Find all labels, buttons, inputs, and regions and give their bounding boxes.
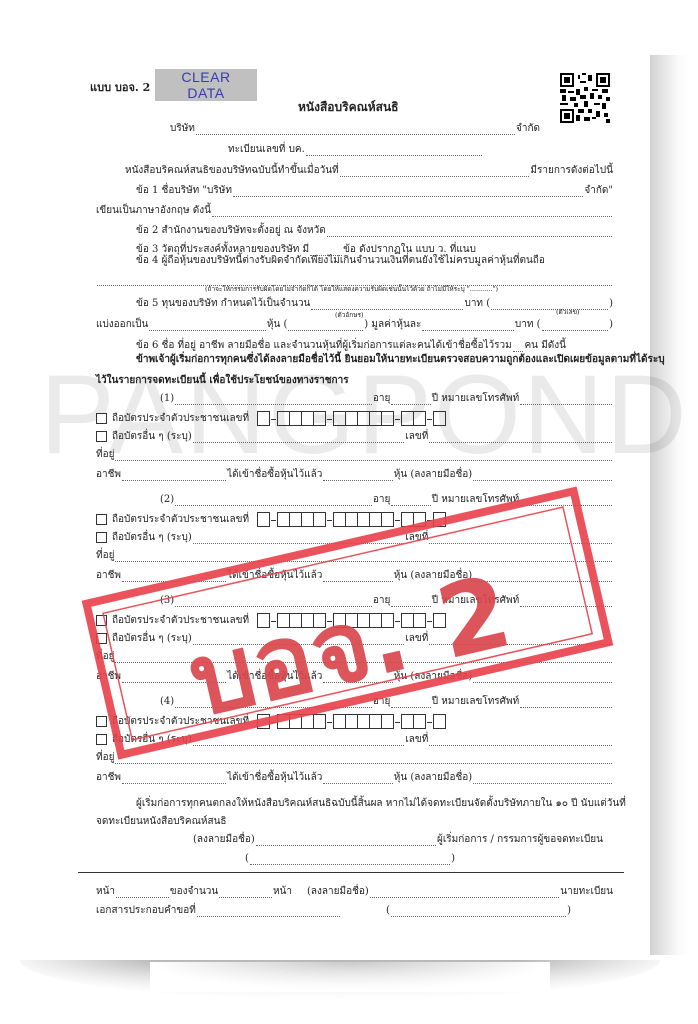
id-separator xyxy=(395,722,400,723)
id-separator xyxy=(395,419,400,420)
id-digit-box[interactable] xyxy=(413,411,426,426)
id-digit-box[interactable] xyxy=(313,613,326,628)
id-card-row: ถือบัตรประจำตัวประชาชนเลขที่ xyxy=(96,714,456,729)
footer-of-total: ของจำนวน xyxy=(170,885,219,898)
card-number-label: เลขที่ xyxy=(405,430,428,443)
shares-sign-label: หุ้น (ลงลายมือชื่อ) xyxy=(394,670,472,683)
other-card-row: ถือบัตรอื่น ๆ (ระบุ) เลขที่ xyxy=(96,531,613,544)
other-card-type-field[interactable] xyxy=(193,735,405,746)
other-card-number-field[interactable] xyxy=(429,533,612,544)
id-digit-box[interactable] xyxy=(381,411,394,426)
shares-subscribed-field[interactable] xyxy=(323,470,392,481)
age-field[interactable] xyxy=(391,394,430,405)
id-digit-box[interactable] xyxy=(257,411,270,426)
card-number-label: เลขที่ xyxy=(405,531,428,544)
closing-sign-row: (ลงลายมือชื่อ) ผู้เริ่มก่อการ / กรรมการผ… xyxy=(193,833,603,846)
clause-6-row: ข้อ 6 ชื่อ ที่อยู่ อาชีพ ลายมือชื่อ และจ… xyxy=(136,339,566,352)
id-separator xyxy=(271,722,276,723)
id-digit-box[interactable] xyxy=(257,714,270,729)
shares-count-field[interactable] xyxy=(149,320,266,331)
other-card-type-field[interactable] xyxy=(193,432,405,443)
age-field[interactable] xyxy=(391,495,430,506)
capital-amount-field[interactable] xyxy=(311,299,463,310)
footer-sign-label: (ลงลายมือชื่อ) xyxy=(307,885,369,898)
clause-6-prefix: ข้อ 6 ชื่อ ที่อยู่ อาชีพ ลายมือชื่อ และจ… xyxy=(136,339,512,352)
id-card-row: ถือบัตรประจำตัวประชาชนเลขที่ xyxy=(96,613,456,628)
other-card-label: ถือบัตรอื่น ๆ (ระบุ) xyxy=(112,733,192,746)
id-separator xyxy=(327,419,332,420)
declaration-line-1: ข้าพเจ้าผู้เริ่มก่อการทุกคนซึ่งได้ลงลายม… xyxy=(136,353,665,367)
id-digit-box[interactable] xyxy=(433,411,446,426)
address-field[interactable] xyxy=(115,753,612,764)
id-separator xyxy=(271,419,276,420)
footer-divider xyxy=(78,872,624,873)
clause-1-row: ข้อ 1 ชื่อบริษัท "บริษัท จำกัด" xyxy=(136,184,613,197)
footer-page-row: หน้า ของจำนวน หน้า xyxy=(96,885,292,898)
shares-sign-label: หุ้น (ลงลายมือชื่อ) xyxy=(394,468,472,481)
age-field[interactable] xyxy=(391,596,430,607)
occupation-label: อาชีพ xyxy=(96,468,121,481)
footer-registrar-name-row: ( ) xyxy=(386,904,571,917)
occupation-row: อาชีพ ได้เข้าชื่อซื้อหุ้นไว้แล้ว หุ้น (ล… xyxy=(96,569,613,582)
shares-label: หุ้น ( xyxy=(267,318,288,331)
address-row: ที่อยู่ xyxy=(96,650,613,663)
clause-1-english-label: เขียนเป็นภาษาอังกฤษ ดังนี้ xyxy=(96,204,211,217)
card-number-label: เลขที่ xyxy=(405,733,428,746)
registration-row: ทะเบียนเลขที่ บค. xyxy=(228,143,483,156)
id-digit-box[interactable] xyxy=(433,714,446,729)
phone-label: ปี หมายเลขโทรศัพท์ xyxy=(432,695,519,708)
clause-2-label: ข้อ 2 สำนักงานของบริษัทจะตั้งอยู่ ณ จังห… xyxy=(136,224,326,237)
other-card-number-field[interactable] xyxy=(429,634,612,645)
card-number-label: เลขที่ xyxy=(405,632,428,645)
promoter-name-row: (2) อายุ ปี หมายเลขโทรศัพท์ xyxy=(160,493,613,506)
clause-5-baht: บาท ( xyxy=(464,297,490,310)
id-separator xyxy=(395,520,400,521)
shares-sign-label: หุ้น (ลงลายมือชื่อ) xyxy=(394,569,472,582)
id-number-boxes[interactable] xyxy=(257,512,445,527)
occupation-row: อาชีพ ได้เข้าชื่อซื้อหุ้นไว้แล้ว หุ้น (ล… xyxy=(96,468,613,481)
promoter-name-row: (3) อายุ ปี หมายเลขโทรศัพท์ xyxy=(160,594,613,607)
registrar-name-field[interactable] xyxy=(391,906,566,917)
footer-attachment-label: เอกสารประกอบคำขอที่ xyxy=(96,904,196,917)
id-digit-box[interactable] xyxy=(413,512,426,527)
occupation-field[interactable] xyxy=(122,571,226,582)
phone-label: ปี หมายเลขโทรศัพท์ xyxy=(432,493,519,506)
id-card-checkbox[interactable] xyxy=(96,413,107,424)
subscribed-label: ได้เข้าชื่อซื้อหุ้นไว้แล้ว xyxy=(227,670,322,683)
id-card-checkbox[interactable] xyxy=(96,615,107,626)
id-separator xyxy=(327,520,332,521)
label-digits: (ตัวเลข) xyxy=(556,307,580,317)
shares-prefix: แบ่งออกเป็น xyxy=(96,318,148,331)
clause-4-text: ข้อ 4 ผู้ถือหุ้นของบริษัทนี้ต่างรับผิดจำ… xyxy=(136,254,545,268)
phone-field[interactable] xyxy=(520,495,612,506)
promoter-name-row: (1) อายุ ปี หมายเลขโทรศัพท์ xyxy=(160,392,613,405)
promoter-name-field[interactable] xyxy=(175,495,372,506)
registration-number-field[interactable] xyxy=(306,145,482,156)
id-separator xyxy=(427,520,432,521)
address-field[interactable] xyxy=(115,551,612,562)
age-field[interactable] xyxy=(391,697,430,708)
footer-attachment-row: เอกสารประกอบคำขอที่ xyxy=(96,904,341,917)
subscribed-label: ได้เข้าชื่อซื้อหุ้นไว้แล้ว xyxy=(227,468,322,481)
address-label: ที่อยู่ xyxy=(96,448,114,461)
promoter-index: (3) xyxy=(160,594,174,607)
subscribed-label: ได้เข้าชื่อซื้อหุ้นไว้แล้ว xyxy=(227,771,322,784)
id-separator xyxy=(427,722,432,723)
promoter-name-field[interactable] xyxy=(175,697,372,708)
clause-5-close: ) xyxy=(609,297,613,310)
id-digit-box[interactable] xyxy=(381,613,394,628)
id-number-boxes[interactable] xyxy=(257,613,445,628)
clause-5-prefix: ข้อ 5 ทุนของบริษัท กำหนดไว้เป็นจำนวน xyxy=(136,297,310,310)
share-value-baht: บาท ( xyxy=(515,318,541,331)
id-number-boxes[interactable] xyxy=(257,714,445,729)
id-separator xyxy=(427,419,432,420)
phone-label: ปี หมายเลขโทรศัพท์ xyxy=(432,594,519,607)
share-value-letters-field[interactable] xyxy=(542,320,609,331)
other-card-row: ถือบัตรอื่น ๆ (ระบุ) เลขที่ xyxy=(96,430,613,443)
id-digit-box[interactable] xyxy=(381,714,394,729)
intro-prefix: หนังสือบริคณห์สนธิของบริษัทฉบับนี้ทำขึ้น… xyxy=(125,164,339,177)
id-card-checkbox[interactable] xyxy=(96,514,107,525)
id-digit-box[interactable] xyxy=(313,714,326,729)
id-separator xyxy=(395,621,400,622)
promoter-index: (2) xyxy=(160,493,174,506)
phone-label: ปี หมายเลขโทรศัพท์ xyxy=(432,392,519,405)
company-name-row: บริษัท จำกัด xyxy=(170,122,540,135)
address-field[interactable] xyxy=(115,652,612,663)
footer-pages: หน้า xyxy=(273,885,292,898)
shares-subscribed-field[interactable] xyxy=(323,773,392,784)
id-digit-box[interactable] xyxy=(413,714,426,729)
id-separator xyxy=(427,621,432,622)
clause-5-row: ข้อ 5 ทุนของบริษัท กำหนดไว้เป็นจำนวน บาท… xyxy=(136,297,613,310)
id-digit-box[interactable] xyxy=(433,613,446,628)
promoter-name-field[interactable] xyxy=(175,394,372,405)
closing-sign-role: ผู้เริ่มก่อการ / กรรมการผู้ขอจดทะเบียน xyxy=(437,833,603,846)
shares-sign-label: หุ้น (ลงลายมือชื่อ) xyxy=(394,771,472,784)
clause-1-suffix: จำกัด" xyxy=(584,184,613,197)
id-card-label: ถือบัตรประจำตัวประชาชนเลขที่ xyxy=(112,513,249,526)
paren-close: ) xyxy=(451,852,455,865)
id-separator xyxy=(327,621,332,622)
registration-label: ทะเบียนเลขที่ บค. xyxy=(228,143,305,156)
phone-field[interactable] xyxy=(520,697,612,708)
other-card-type-field[interactable] xyxy=(193,634,405,645)
occupation-row: อาชีพ ได้เข้าชื่อซื้อหุ้นไว้แล้ว หุ้น (ล… xyxy=(96,771,613,784)
id-card-label: ถือบัตรประจำตัวประชาชนเลขที่ xyxy=(112,412,249,425)
company-name-field[interactable] xyxy=(196,124,515,135)
phone-field[interactable] xyxy=(520,394,612,405)
shadow-highlight xyxy=(150,962,550,992)
total-pages-field[interactable] xyxy=(219,887,272,898)
age-label: อายุ xyxy=(373,594,390,607)
paren-open: ( xyxy=(386,904,390,917)
id-separator xyxy=(271,520,276,521)
qr-code-icon xyxy=(560,73,610,123)
company-label: บริษัท xyxy=(170,122,195,135)
footer-registrar-label: นายทะเบียน xyxy=(560,885,613,898)
footer-page-label: หน้า xyxy=(96,885,115,898)
age-label: อายุ xyxy=(373,695,390,708)
other-card-label: ถือบัตรอื่น ๆ (ระบุ) xyxy=(112,632,192,645)
intro-row: หนังสือบริคณห์สนธิของบริษัทฉบับนี้ทำขึ้น… xyxy=(125,164,613,177)
company-suffix: จำกัด xyxy=(516,122,540,135)
id-separator xyxy=(327,722,332,723)
other-card-checkbox[interactable] xyxy=(96,532,107,543)
promoter-name-field[interactable] xyxy=(175,596,372,607)
share-value-field[interactable] xyxy=(422,320,514,331)
occupation-label: อาชีพ xyxy=(96,771,121,784)
closing-text-2: จดทะเบียนหนังสือบริคณห์สนธิ xyxy=(96,815,227,829)
id-digit-box[interactable] xyxy=(433,512,446,527)
address-field[interactable] xyxy=(115,450,612,461)
other-card-checkbox[interactable] xyxy=(96,431,107,442)
promoter-signature-field[interactable] xyxy=(473,672,612,683)
id-separator xyxy=(271,621,276,622)
share-value-close: ) xyxy=(609,318,613,331)
other-card-row: ถือบัตรอื่น ๆ (ระบุ) เลขที่ xyxy=(96,733,613,746)
footer-registrar-row: (ลงลายมือชื่อ) นายทะเบียน xyxy=(307,885,613,898)
id-digit-box[interactable] xyxy=(313,411,326,426)
clause-5-shares-row: แบ่งออกเป็น หุ้น ( ) มูลค่าหุ้นละ บาท ( … xyxy=(96,318,613,331)
province-field[interactable] xyxy=(327,226,612,237)
id-number-boxes[interactable] xyxy=(257,411,445,426)
occupation-row: อาชีพ ได้เข้าชื่อซื้อหุ้นไว้แล้ว หุ้น (ล… xyxy=(96,670,613,683)
address-row: ที่อยู่ xyxy=(96,549,613,562)
intro-suffix: มีรายการดังต่อไปนี้ xyxy=(530,164,613,177)
company-name-english-field[interactable] xyxy=(212,206,612,217)
promoter-count-field[interactable] xyxy=(513,341,524,352)
id-card-label: ถือบัตรประจำตัวประชาชนเลขที่ xyxy=(112,614,249,627)
closing-sign-label: (ลงลายมือชื่อ) xyxy=(193,833,255,846)
other-card-label: ถือบัตรอื่น ๆ (ระบุ) xyxy=(112,430,192,443)
id-digit-box[interactable] xyxy=(413,613,426,628)
id-card-row: ถือบัตรประจำตัวประชาชนเลขที่ xyxy=(96,411,456,426)
promoter-index: (1) xyxy=(160,392,174,405)
shares-subscribed-field[interactable] xyxy=(323,672,392,683)
closing-name-row: ( ) xyxy=(245,852,455,865)
id-digit-box[interactable] xyxy=(381,512,394,527)
occupation-field[interactable] xyxy=(122,773,226,784)
occupation-label: อาชีพ xyxy=(96,569,121,582)
address-label: ที่อยู่ xyxy=(96,751,114,764)
id-card-label: ถือบัตรประจำตัวประชาชนเลขที่ xyxy=(112,715,249,728)
address-row: ที่อยู่ xyxy=(96,448,613,461)
other-card-number-field[interactable] xyxy=(429,432,612,443)
promoter-signature-field[interactable] xyxy=(256,835,436,846)
clear-data-button[interactable]: CLEAR DATA xyxy=(155,69,257,101)
id-card-checkbox[interactable] xyxy=(96,716,107,727)
clause-4-note: (ถ้าจะให้กรรมการรับผิดโดยไม่จำกัดก็ได้ โ… xyxy=(205,284,498,294)
id-digit-box[interactable] xyxy=(257,512,270,527)
attachment-field[interactable] xyxy=(197,906,340,917)
form-code: แบบ บอจ. 2 xyxy=(90,78,150,96)
address-label: ที่อยู่ xyxy=(96,549,114,562)
other-card-label: ถือบัตรอื่น ๆ (ระบุ) xyxy=(112,531,192,544)
other-card-type-field[interactable] xyxy=(193,533,405,544)
shares-subscribed-field[interactable] xyxy=(323,571,392,582)
promoter-signature-field[interactable] xyxy=(473,470,612,481)
other-card-row: ถือบัตรอื่น ๆ (ระบุ) เลขที่ xyxy=(96,632,613,645)
subscribed-label: ได้เข้าชื่อซื้อหุ้นไว้แล้ว xyxy=(227,569,322,582)
paren-open: ( xyxy=(245,852,249,865)
occupation-field[interactable] xyxy=(122,470,226,481)
id-digit-box[interactable] xyxy=(257,613,270,628)
company-name-thai-field[interactable] xyxy=(233,186,583,197)
occupation-field[interactable] xyxy=(122,672,226,683)
promoter-index: (4) xyxy=(160,695,174,708)
clause-1-label: ข้อ 1 ชื่อบริษัท "บริษัท xyxy=(136,184,232,197)
phone-field[interactable] xyxy=(520,596,612,607)
promoter-signature-field[interactable] xyxy=(473,773,612,784)
promoter-printed-name-field[interactable] xyxy=(250,854,450,865)
promoter-name-row: (4) อายุ ปี หมายเลขโทรศัพท์ xyxy=(160,695,613,708)
occupation-label: อาชีพ xyxy=(96,670,121,683)
clause-2-row: ข้อ 2 สำนักงานของบริษัทจะตั้งอยู่ ณ จังห… xyxy=(136,224,613,237)
other-card-checkbox[interactable] xyxy=(96,633,107,644)
age-label: อายุ xyxy=(373,392,390,405)
declaration-line-2: ไว้ในรายการจดทะเบียนนี้ เพื่อใช้ประโยชน์… xyxy=(96,374,349,388)
page-number-field[interactable] xyxy=(116,887,169,898)
address-row: ที่อยู่ xyxy=(96,751,613,764)
paren-close: ) xyxy=(567,904,571,917)
promoter-signature-field[interactable] xyxy=(473,571,612,582)
id-card-row: ถือบัตรประจำตัวประชาชนเลขที่ xyxy=(96,512,456,527)
clause-6-suffix: คน มีดังนี้ xyxy=(524,339,566,352)
id-digit-box[interactable] xyxy=(313,512,326,527)
closing-text-1: ผู้เริ่มก่อการทุกคนตกลงให้หนังสือบริคณห์… xyxy=(136,797,626,811)
registrar-signature-field[interactable] xyxy=(370,887,559,898)
page-title: หนังสือบริคณห์สนธิ xyxy=(298,98,399,117)
address-label: ที่อยู่ xyxy=(96,650,114,663)
capital-letters-field[interactable] xyxy=(491,299,608,310)
other-card-checkbox[interactable] xyxy=(96,734,107,745)
age-label: อายุ xyxy=(373,493,390,506)
shares-letters-field[interactable] xyxy=(288,320,363,331)
page-curl-shadow-right xyxy=(650,55,690,955)
other-card-number-field[interactable] xyxy=(429,735,612,746)
clause-1-english-row: เขียนเป็นภาษาอังกฤษ ดังนี้ xyxy=(96,204,613,217)
date-field[interactable] xyxy=(340,166,530,177)
share-value-label: ) มูลค่าหุ้นละ xyxy=(364,318,421,331)
